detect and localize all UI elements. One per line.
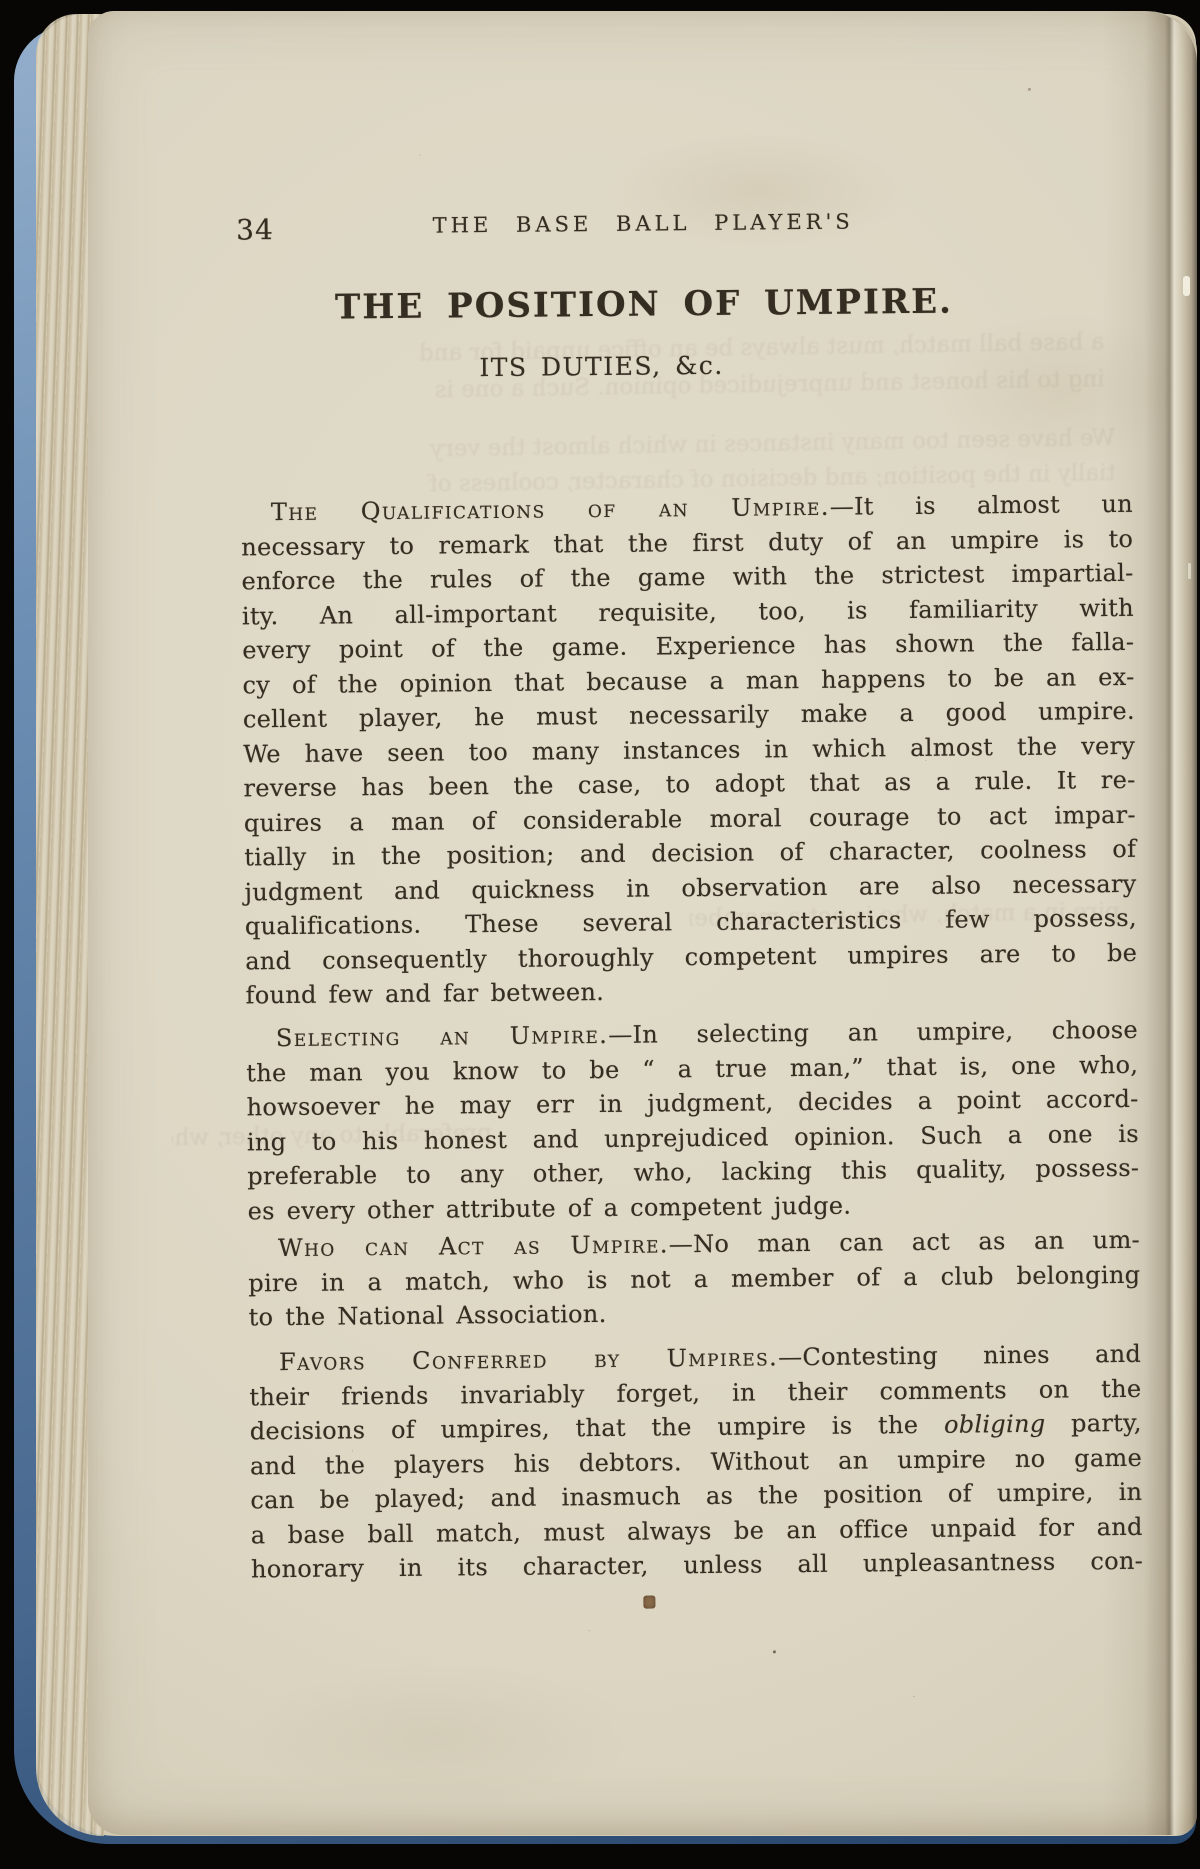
text-block: The Qualifications of an Umpire.—It is a… (0, 0, 1191, 6)
ink-spot (643, 1595, 655, 1608)
page-content: a base ball match, must always be an off… (0, 0, 1200, 1869)
italic-text: obliging (944, 1410, 1046, 1439)
paragraph-lead: Selecting an Umpire. (276, 1021, 609, 1052)
text-line: found few and far between. (245, 970, 1137, 1013)
paragraph: Favors Conferred by Umpires.—Contesting … (249, 1337, 1143, 1587)
paper-specks (773, 1650, 776, 1653)
text-line: to the National Association. (248, 1292, 1140, 1335)
paragraph: The Qualifications of an Umpire.—It is a… (241, 487, 1138, 1013)
paragraph-lead: Who can Act as Umpire. (278, 1230, 669, 1262)
running-head: THE BASE BALL PLAYER'S (198, 207, 1088, 240)
paragraph-lead: Favors Conferred by Umpires. (279, 1343, 778, 1376)
ghost-text: We have seen too many instances in which… (235, 425, 1115, 466)
paragraph: Who can Act as Umpire.—No man can act as… (248, 1223, 1141, 1335)
text-line: honorary in its character, unless all un… (251, 1544, 1143, 1587)
scanned-book-photo: { "colors":{ "background":"#070605", "pa… (0, 0, 1200, 1869)
text-segment: decisions of umpires, that the umpire is… (250, 1411, 945, 1446)
page-edge-highlight (1183, 276, 1190, 296)
section-title: THE POSITION OF UMPIRE. (199, 280, 1089, 329)
paragraph-lead: The Qualifications of an Umpire. (271, 493, 830, 526)
text-segment: party, (1045, 1409, 1142, 1438)
paragraph: Selecting an Umpire.—In selecting an ump… (246, 1013, 1140, 1229)
